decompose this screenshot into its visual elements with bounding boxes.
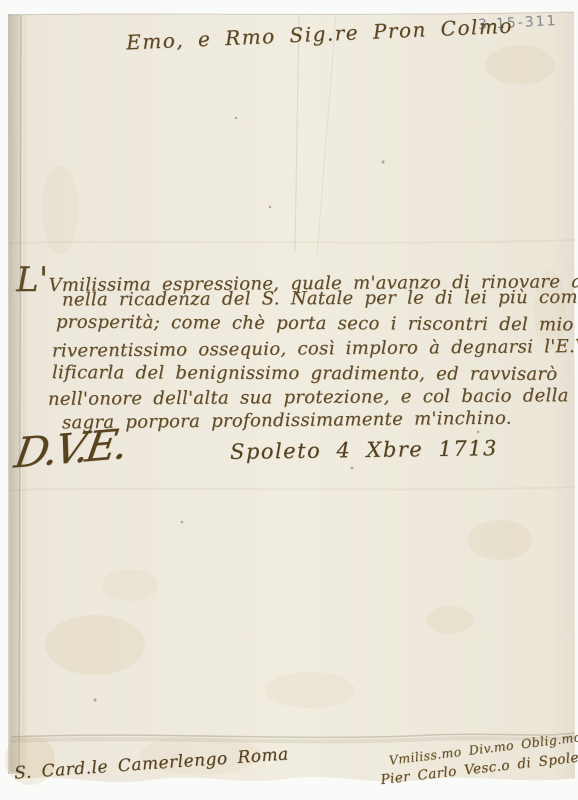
scanned-letter: 3-15-311 Emo, e Rmo Sig.re Pron Colmo L'… [0,0,578,800]
body-line: nella ricadenza del S. Natale per le di … [62,287,578,311]
body-line: nell'onore dell'alta sua protezione, e c… [48,385,569,410]
body-line: riverentissimo ossequio, così imploro à … [52,335,578,361]
dateline: Spoleto 4 Xbre 1713 [230,436,498,464]
body-line: lificarla del benignissimo gradimento, e… [52,362,558,385]
closing-monogram: D.V.E. [11,419,129,477]
body-line: prosperità; come chè porta seco i riscon… [56,312,574,336]
